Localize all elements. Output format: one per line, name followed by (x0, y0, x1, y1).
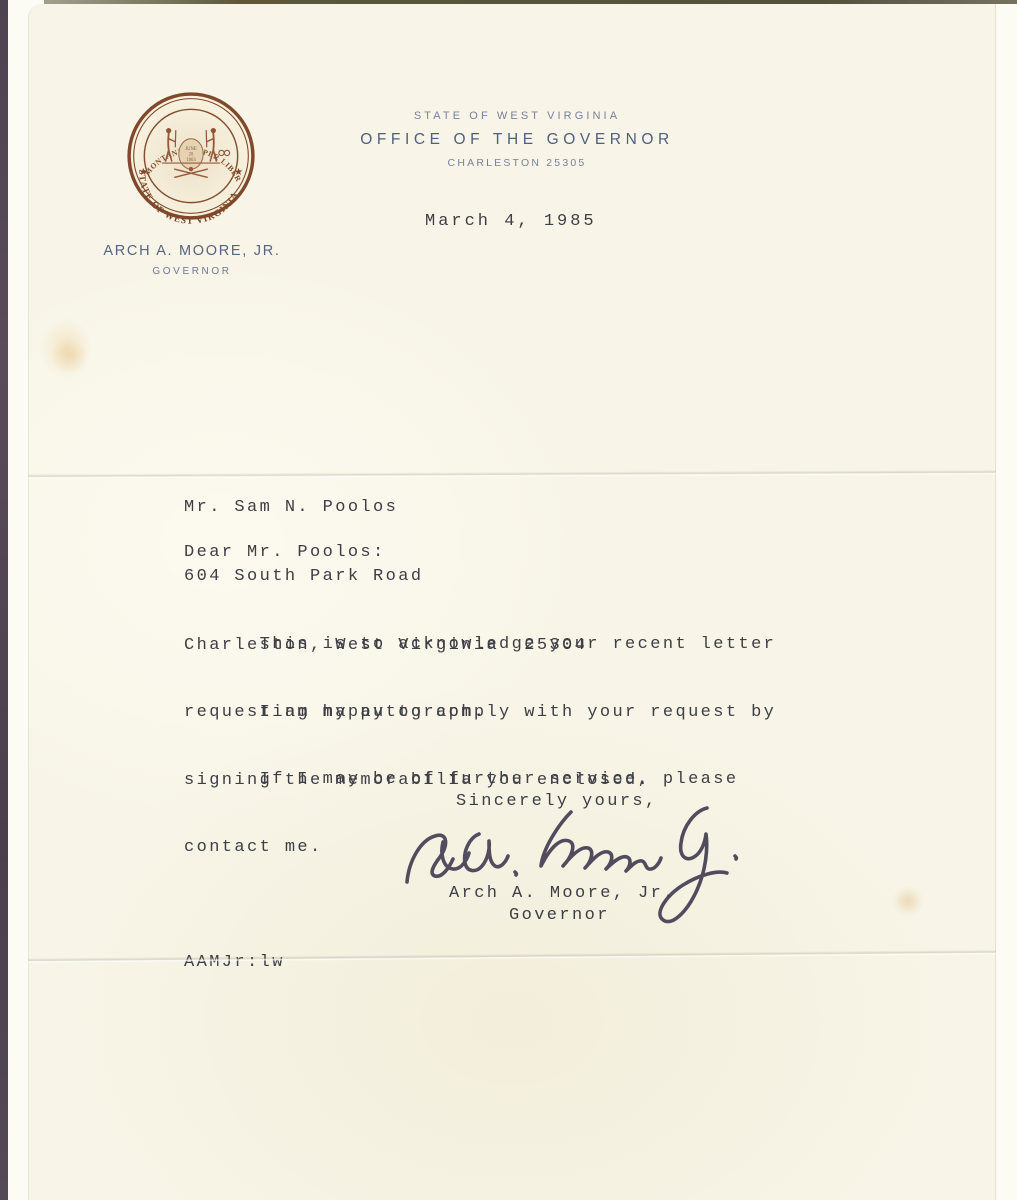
body-line: I am happy to comply with your request b… (184, 702, 776, 725)
typed-signature-title: Governor (509, 905, 610, 928)
letterhead-office-name: OFFICE OF THE GOVERNOR (312, 131, 722, 149)
recipient-line: Mr. Sam N. Poolos (184, 496, 587, 519)
letterhead-city-zip: CHARLESTON 25305 (312, 157, 722, 169)
closing: Sincerely yours, (456, 791, 658, 814)
body-paragraph: If I may be of further service, please c… (184, 724, 738, 904)
stain (886, 880, 930, 922)
seal-halo (114, 84, 268, 236)
state-seal: STATE OF WEST VIRGINIA MONTANI SEMPER LI… (122, 90, 260, 228)
governor-name-block: ARCH A. MOORE, JR. GOVERNOR (58, 243, 326, 277)
stain (44, 330, 96, 382)
body-line: If I may be of further service, please (184, 769, 738, 792)
letterhead-state-line: STATE OF WEST VIRGINIA (312, 110, 722, 122)
body-line: This is to acknowledge your recent lette… (184, 634, 776, 657)
governor-title: GOVERNOR (58, 266, 326, 277)
scanned-letter-page: STATE OF WEST VIRGINIA MONTANI SEMPER LI… (0, 0, 1017, 1200)
recipient-line: 604 South Park Road (184, 565, 587, 588)
letterhead-block: STATE OF WEST VIRGINIA OFFICE OF THE GOV… (312, 110, 722, 169)
governor-name: ARCH A. MOORE, JR. (58, 243, 326, 259)
letter-date: March 4, 1985 (425, 211, 597, 234)
paper-top-edge (44, 0, 1017, 4)
scan-edge-strip (0, 0, 8, 1200)
salutation: Dear Mr. Poolos: (184, 542, 386, 565)
body-line: contact me. (184, 837, 738, 860)
typed-signature-name: Arch A. Moore, Jr. (449, 883, 676, 906)
